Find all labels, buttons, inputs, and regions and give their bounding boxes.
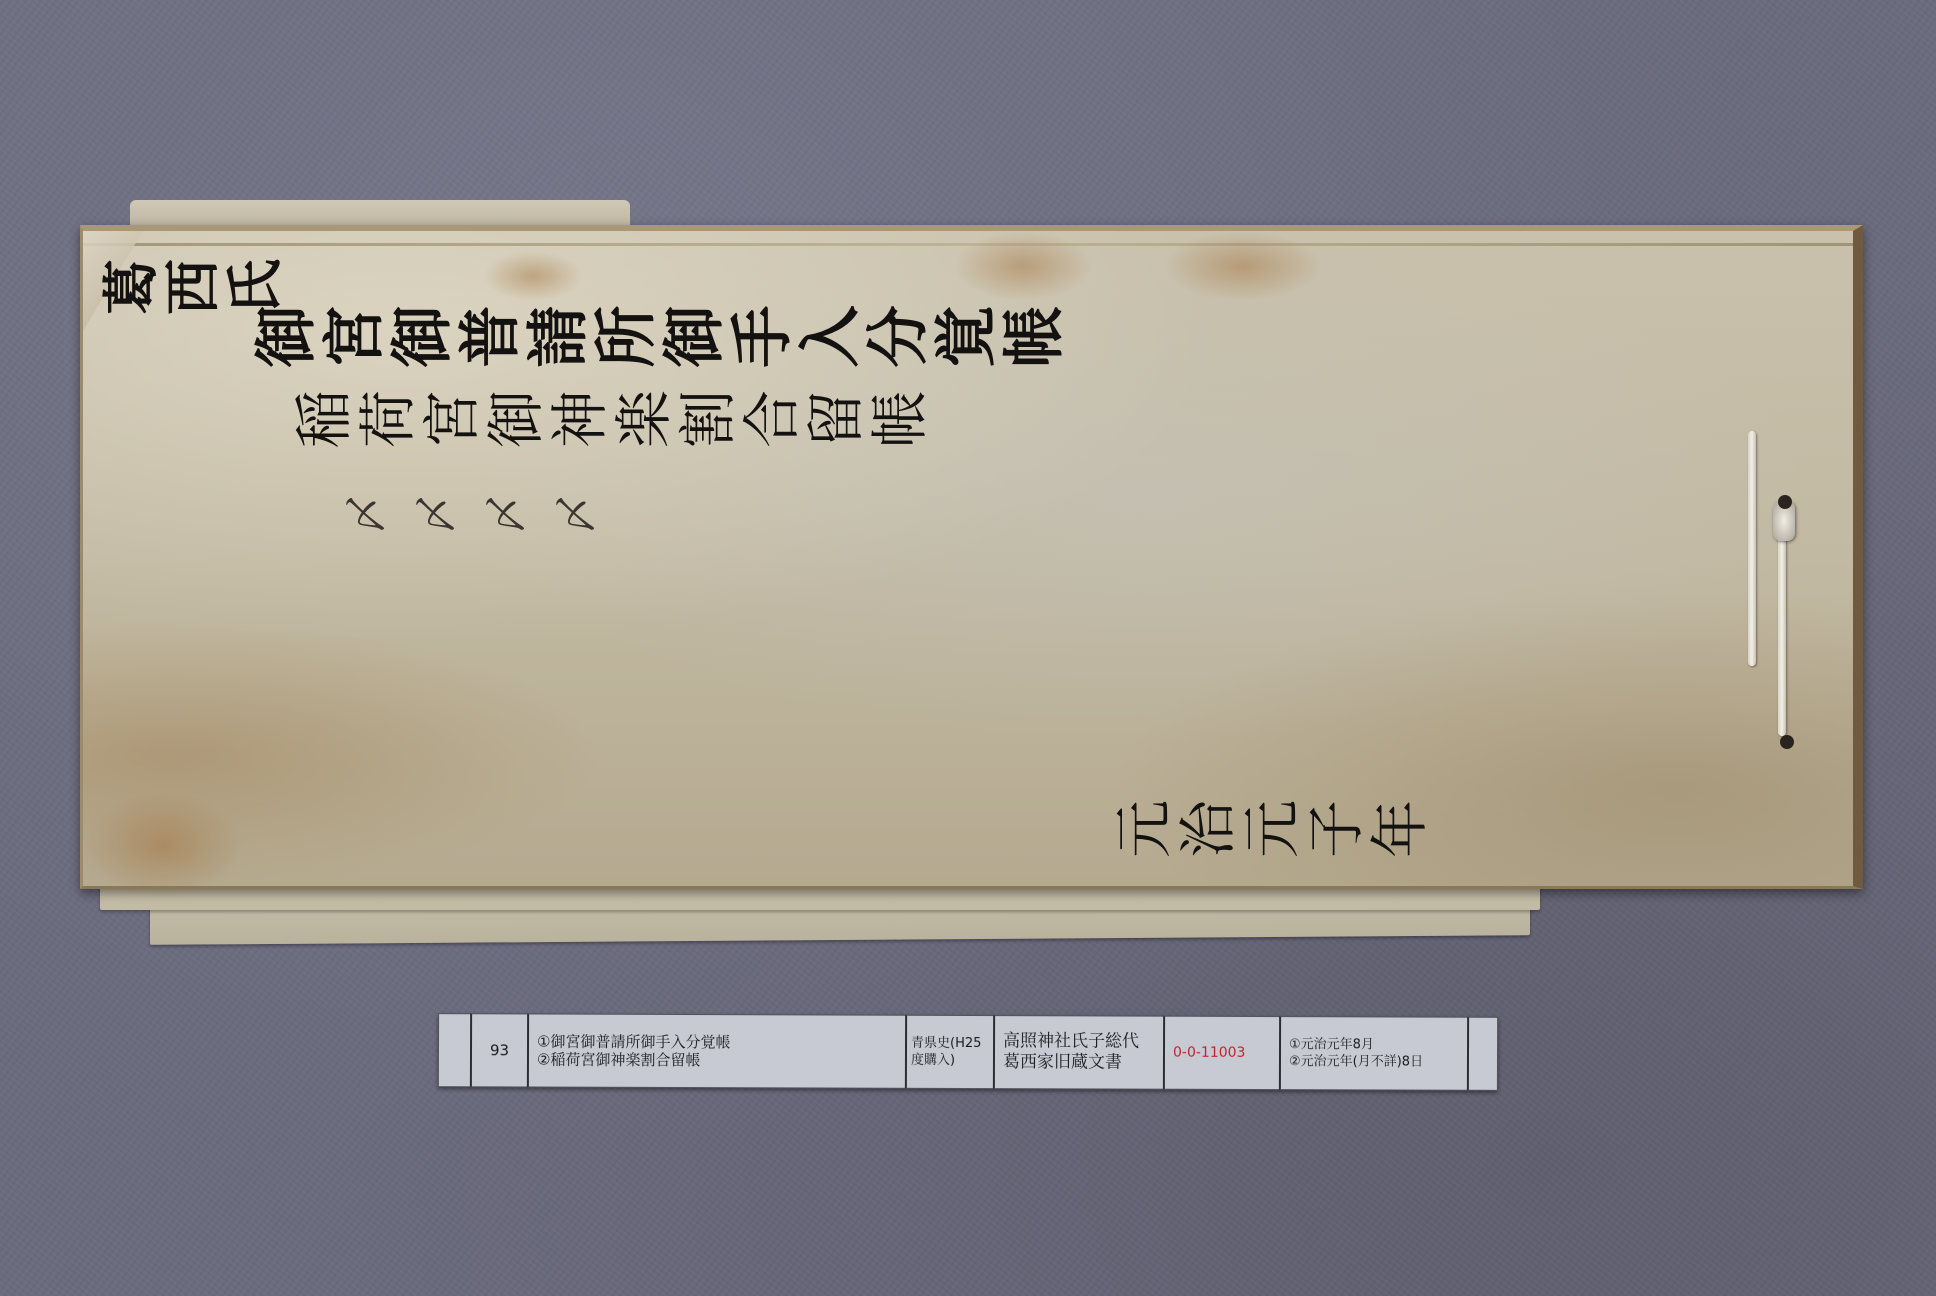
label-number: 93 <box>490 1041 509 1059</box>
water-stain <box>1163 231 1323 301</box>
label-source-line-1: 青県史(H25 <box>911 1035 989 1052</box>
label-title-cell: ①御宮御普請所御手入分覚帳 ②稲荷宮御神楽割合留帳 <box>527 1013 905 1088</box>
label-collection-line-2: 葛西家旧蔵文書 <box>1003 1052 1155 1074</box>
label-title-line-1: ①御宮御普請所御手入分覚帳 <box>537 1032 897 1051</box>
handwritten-owner-column: 葛西氏 <box>101 251 287 331</box>
label-title-line-2: ②稲荷宮御神楽割合留帳 <box>537 1050 897 1069</box>
label-code-cell: 0-0-11003 <box>1163 1016 1279 1090</box>
label-blank-cell-left <box>438 1013 470 1087</box>
handwritten-note-column: 〆 〆 〆 〆 <box>343 487 603 551</box>
binding-cord-short <box>1778 511 1786 736</box>
binding-cord-long <box>1748 431 1756 666</box>
label-collection-cell: 高照神社氏子総代 葛西家旧蔵文書 <box>993 1015 1163 1090</box>
catalogue-label: 93 ①御宮御普請所御手入分覚帳 ②稲荷宮御神楽割合留帳 青県史(H25 度購入… <box>438 1013 1498 1091</box>
binding-cord-end <box>1778 495 1792 509</box>
binding-cord-end <box>1780 735 1794 749</box>
label-blank-cell-right <box>1467 1017 1498 1091</box>
label-source-cell: 青県史(H25 度購入) <box>905 1015 993 1089</box>
label-source-line-2: 度購入) <box>911 1052 989 1069</box>
water-stain <box>483 251 583 301</box>
label-date-line-1: ①元治元年8月 <box>1289 1036 1459 1054</box>
label-date-cell: ①元治元年8月 ②元治元年(月不詳)8日 <box>1279 1016 1467 1091</box>
document-cover: 元治元子年 御宮御普請所御手入分覚帳 稲荷宮御神楽割合留帳 〆 〆 〆 〆 葛西… <box>80 225 1863 889</box>
water-stain <box>83 791 243 901</box>
label-number-cell: 93 <box>470 1013 527 1087</box>
handwritten-date-column: 元治元子年 <box>1113 792 1433 876</box>
water-stain <box>953 231 1093 301</box>
label-date-line-2: ②元治元年(月不詳)8日 <box>1289 1053 1459 1071</box>
handwritten-title-column-2: 稲荷宮御神楽割合留帳 <box>293 382 933 466</box>
handwritten-title-column-1: 御宮御普請所御手入分覚帳 <box>253 297 1069 386</box>
label-catalogue-code: 0-0-11003 <box>1173 1045 1271 1061</box>
label-collection-line-1: 高照神社氏子総代 <box>1003 1031 1155 1053</box>
